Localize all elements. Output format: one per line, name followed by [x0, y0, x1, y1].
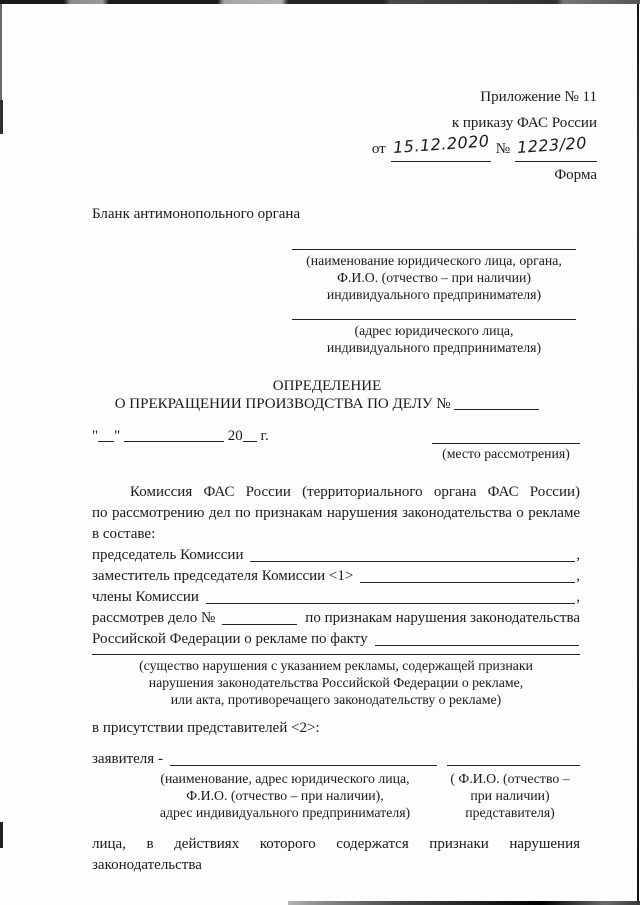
- order-date-blank: 15.12.2020: [391, 137, 491, 162]
- date-blank-line: "" 20 г.: [92, 428, 269, 445]
- caption-line: Ф.И.О. (отчество – при наличии): [292, 269, 576, 286]
- title-line-2-text: О ПРЕКРАЩЕНИИ ПРОИЗВОДСТВА ПО ДЕЛУ №: [115, 396, 451, 412]
- fill-in-blank: [170, 765, 437, 766]
- intro-line: по рассмотрению дел по признакам нарушен…: [92, 503, 580, 524]
- appendix-header: Приложение № 11 к приказу ФАС России от …: [372, 84, 597, 188]
- caption-line: Ф.И.О. (отчество – при наличии),: [130, 787, 440, 804]
- form-label: Форма: [372, 162, 597, 188]
- title-line-1: ОПРЕДЕЛЕНИЕ: [92, 377, 562, 395]
- case-number-row: рассмотрев дело № по признакам нарушения…: [92, 608, 580, 629]
- intro-line: Комиссия ФАС России (территориального ор…: [92, 482, 580, 503]
- addressee-name-blank: [292, 228, 576, 250]
- addressee-block: (наименование юридического лица, органа,…: [292, 228, 576, 356]
- month-blank: [124, 428, 224, 442]
- scan-artifact-bottom-edge: [288, 901, 640, 905]
- caption-line: представителя): [440, 804, 580, 821]
- number-sign: №: [496, 136, 510, 162]
- order-date-number-row: от 15.12.2020 № 1223/20: [372, 136, 597, 162]
- essence-blank-line: [92, 650, 580, 655]
- scan-artifact-left-edge-dark: [0, 100, 3, 134]
- title-line-2: О ПРЕКРАЩЕНИИ ПРОИЗВОДСТВА ПО ДЕЛУ №: [92, 395, 562, 413]
- handwritten-order-number: 1223/20: [516, 130, 588, 161]
- addressee-address-blank: [292, 303, 576, 320]
- applicant-label: заявителя -: [92, 749, 163, 770]
- fill-in-blank: [360, 582, 575, 583]
- final-line: лица, в действиях которого содержатся пр…: [92, 834, 580, 876]
- row-label: заместитель председателя Комиссии <1>: [92, 566, 353, 587]
- essence-caption: (существо нарушения с указанием рекламы,…: [92, 657, 580, 708]
- scan-artifact-left-edge-lower: [0, 822, 3, 848]
- caption-line: (наименование юридического лица, органа,: [292, 252, 576, 269]
- year-suffix: г.: [261, 428, 269, 444]
- scanned-document-page: Приложение № 11 к приказу ФАС России от …: [0, 0, 640, 905]
- row-label: члены Комиссии: [92, 587, 199, 608]
- row-suffix: ,: [576, 545, 580, 566]
- caption-line: (наименование, адрес юридического лица,: [130, 770, 440, 787]
- place-blank: [432, 428, 580, 444]
- close-quote: ": [114, 428, 120, 444]
- date-place-row: "" 20 г. (место рассмотрения): [92, 428, 580, 462]
- row-suffix: по признакам нарушения законодательства: [305, 608, 580, 629]
- fill-in-blank: [447, 765, 580, 766]
- commission-deputy-row: заместитель председателя Комиссии <1> ,: [92, 566, 580, 587]
- presence-line: в присутствии представителей <2>:: [92, 718, 580, 739]
- caption-line: или акта, противоречащего законодательст…: [92, 691, 580, 708]
- caption-line: нарушения законодательства Российской Фе…: [92, 674, 580, 691]
- scan-artifact-top-edge: [0, 0, 640, 4]
- row-label: Российской Федерации о рекламе по факту: [92, 629, 368, 650]
- from-label: от: [372, 136, 386, 162]
- year-blank: [243, 428, 257, 442]
- case-number-blank: [454, 396, 539, 410]
- applicant-captions: (наименование, адрес юридического лица, …: [92, 770, 580, 821]
- place-block: (место рассмотрения): [432, 428, 580, 462]
- scan-artifact-left-edge: [0, 4, 2, 100]
- caption-line: ( Ф.И.О. (отчество –: [440, 770, 580, 787]
- year-prefix: 20: [228, 428, 243, 444]
- intro-line: в составе:: [92, 524, 580, 545]
- handwritten-date: 15.12.2020: [392, 128, 490, 161]
- caption-line: индивидуального предпринимателя): [292, 286, 576, 303]
- caption-line: при наличии): [440, 787, 580, 804]
- row-label: председатель Комиссии: [92, 545, 243, 566]
- caption-line: адрес индивидуального предпринимателя): [130, 804, 440, 821]
- row-label: рассмотрев дело №: [92, 608, 215, 629]
- letterhead-label: Бланк антимонопольного органа: [92, 206, 300, 223]
- caption-line: (адрес юридического лица,: [292, 322, 576, 339]
- fill-in-blank: [250, 561, 575, 562]
- fill-in-blank: [206, 603, 575, 604]
- caption-line: индивидуального предпринимателя): [292, 339, 576, 356]
- applicant-left-caption: (наименование, адрес юридического лица, …: [130, 770, 440, 821]
- commission-chair-row: председатель Комиссии ,: [92, 545, 580, 566]
- document-body: Комиссия ФАС России (территориального ор…: [92, 482, 580, 876]
- applicant-right-caption: ( Ф.И.О. (отчество – при наличии) предст…: [440, 770, 580, 821]
- scan-artifact-right-edge: [637, 4, 639, 905]
- order-number-blank: 1223/20: [515, 137, 597, 162]
- day-blank: [98, 428, 114, 442]
- fill-in-blank: [375, 645, 579, 646]
- appendix-number-line: Приложение № 11: [372, 84, 597, 110]
- commission-members-row: члены Комиссии ,: [92, 587, 580, 608]
- row-suffix: ,: [576, 587, 580, 608]
- place-caption: (место рассмотрения): [432, 446, 580, 462]
- fill-in-blank: [222, 624, 297, 625]
- row-suffix: ,: [576, 566, 580, 587]
- fact-row: Российской Федерации о рекламе по факту: [92, 629, 580, 650]
- caption-line: (существо нарушения с указанием рекламы,…: [92, 657, 580, 674]
- applicant-row: заявителя -: [92, 749, 580, 770]
- document-title: ОПРЕДЕЛЕНИЕ О ПРЕКРАЩЕНИИ ПРОИЗВОДСТВА П…: [92, 377, 562, 413]
